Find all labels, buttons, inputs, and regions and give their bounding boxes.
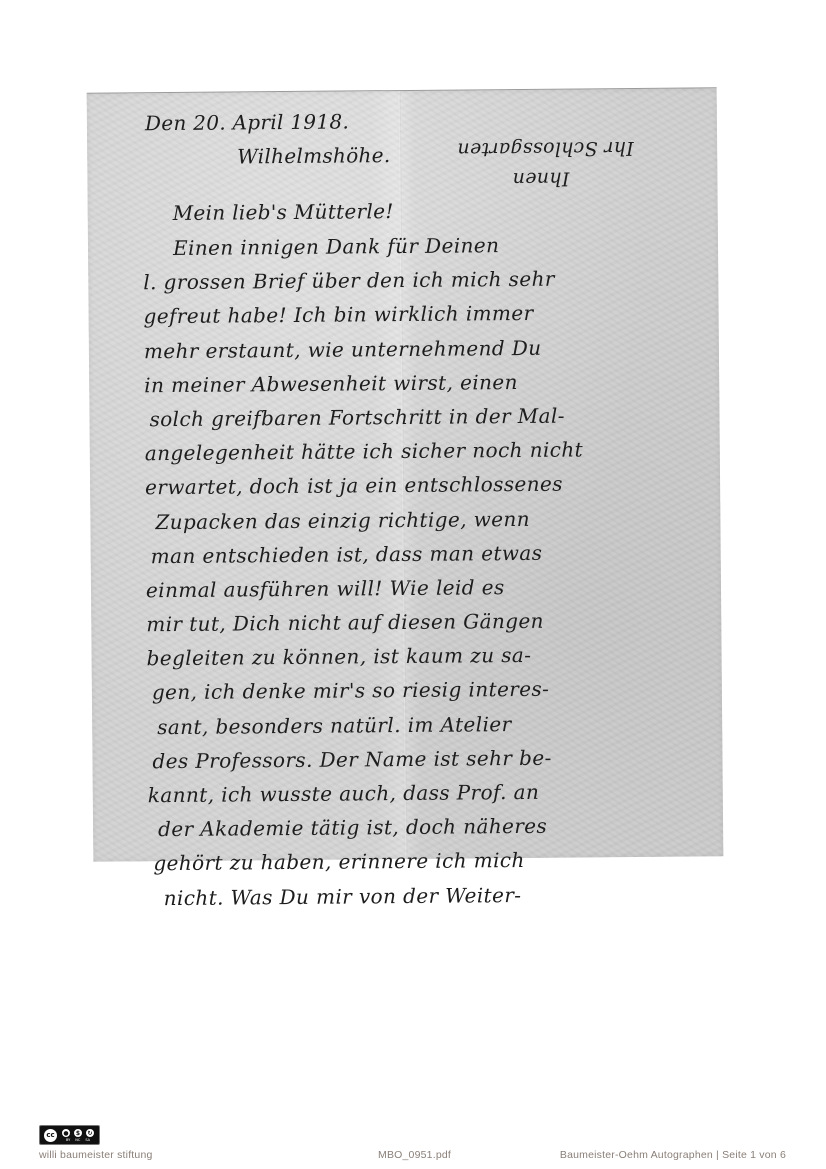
letter-body-line: des Professors. Der Name ist sehr be- (147, 739, 707, 778)
cc-logo-icon: cc (42, 1127, 59, 1144)
nc-label: NC (75, 1138, 80, 1142)
file-name: MBO_0951.pdf (378, 1149, 451, 1161)
letter-body-line: solch greifbaren Fortschritt in der Mal- (144, 397, 704, 436)
scanned-letter-image: Den 20. April 1918. Wilhelmshöhe. Ihr Sc… (87, 87, 724, 861)
letter-body-line: Zupacken das einzig richtige, wenn (145, 500, 705, 539)
sa-label: SA (85, 1138, 90, 1142)
letter-body-line: kannt, ich wusste auch, dass Prof. an (148, 773, 708, 812)
letter-body-line: einmal ausführen will! Wie leid es (146, 568, 706, 607)
letter-body-line: gen, ich denke mir's so riesig interes- (147, 671, 707, 710)
letter-body-line: in meiner Abwesenheit wirst, einen (144, 363, 704, 402)
letter-body-line: mir tut, Dich nicht auf diesen Gängen (146, 602, 706, 641)
letter-salutation: Mein lieb's Mütterle! (173, 199, 394, 225)
collection-page-info: Baumeister-Oehm Autographen | Seite 1 vo… (560, 1149, 786, 1161)
letter-body-line: der Akademie tätig ist, doch näheres (148, 808, 708, 847)
letter-body-line: gefreut habe! Ich bin wirklich immer (143, 295, 703, 334)
letter-place: Wilhelmshöhe. (237, 143, 390, 168)
sa-icon: ↻ (85, 1128, 95, 1138)
letter-body-line: begleiten zu können, ist kaum zu sa- (146, 637, 706, 676)
letter-body-line: l. grossen Brief über den ich mich sehr (143, 261, 703, 300)
letter-body: Einen innigen Dank für Deinenl. grossen … (143, 226, 709, 915)
letter-body-line: sant, besonders natürl. im Atelier (147, 705, 707, 744)
upside-down-note-line-2: Ihnen (512, 168, 569, 190)
letter-body-line: angelegenheit hätte ich sicher noch nich… (145, 432, 705, 471)
letter-body-line: man entschieden ist, dass man etwas (146, 534, 706, 573)
nc-icon: $ (73, 1128, 83, 1138)
letter-body-line: nicht. Was Du mir von der Weiter- (149, 876, 709, 915)
letter-body-line: erwartet, doch ist ja ein entschlossenes (145, 466, 705, 505)
pdf-page: Den 20. April 1918. Wilhelmshöhe. Ihr Sc… (0, 0, 826, 1169)
upside-down-note-line-1: Ihr Schlossgarten (457, 137, 634, 161)
by-label: BY (66, 1138, 70, 1142)
publisher-name: willi baumeister stiftung (39, 1149, 153, 1161)
letter-body-line: mehr erstaunt, wie unternehmend Du (144, 329, 704, 368)
cc-license-badge[interactable]: cc ● $ ↻ BY NC SA (39, 1125, 100, 1145)
letter-date: Den 20. April 1918. (145, 109, 349, 135)
letter-body-line: gehört zu haben, erinnere ich mich (148, 842, 708, 881)
letter-body-line: Einen innigen Dank für Deinen (143, 226, 703, 265)
by-icon: ● (61, 1128, 71, 1138)
